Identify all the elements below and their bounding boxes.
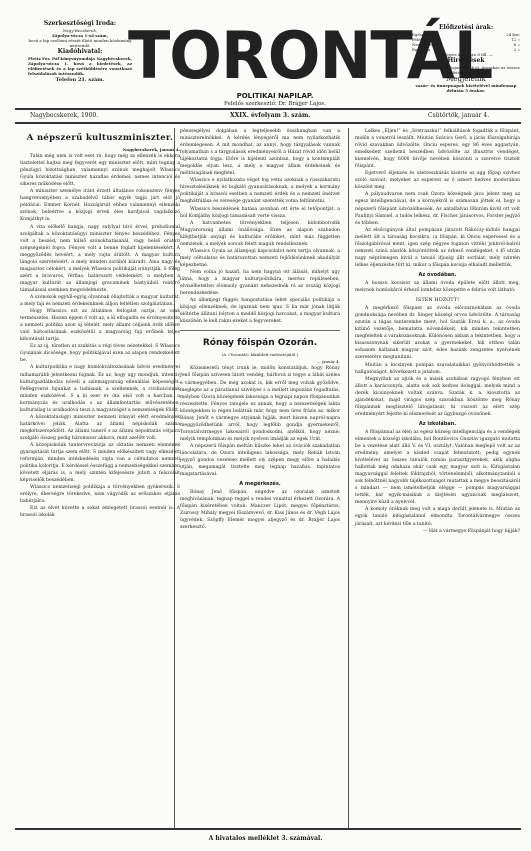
- section-subheading: A megérkezés.: [180, 481, 340, 488]
- article-paragraph: Lelkes „Éljen!“ és „Sretraszku!“ felkiál…: [355, 128, 520, 170]
- article-paragraph: Megnyiltak az ajtók és a másik szobában …: [355, 376, 520, 418]
- article-dateline: — január 4.: [180, 358, 340, 365]
- masthead-rule-bottom: [15, 122, 521, 124]
- footer-rule: [15, 828, 521, 830]
- article-paragraph: Nem volna jó hazafi, ha nem hagyná ott á…: [180, 269, 340, 297]
- newspaper-title: TORONTÁL: [128, 23, 418, 88]
- article-paragraph: Ezt az elvet követte a sokat emlegetett …: [20, 505, 180, 519]
- phone-number: Telefon 21. szám.: [28, 78, 132, 83]
- newspaper-page: Szerkesztőségi Iroda: Nagy-Becskerek, Zá…: [0, 0, 531, 851]
- masthead: Szerkesztőségi Iroda: Nagy-Becskerek, Zá…: [0, 0, 531, 120]
- article-column-2: pénzsegélyei dolgában a legteljesebb öss…: [180, 128, 340, 531]
- editorial-office-box: Szerkesztőségi Iroda: Nagy-Becskerek, Zá…: [28, 20, 132, 83]
- issue-day: Csütörtök, január 4.: [428, 112, 489, 119]
- article-column-1: A népszerű kultuszminiszter. Nagybecsker…: [20, 128, 180, 519]
- price-value: 2 »: [514, 47, 520, 52]
- article-paragraph: Közismeretü tényt irunk le, midőn konsta…: [180, 365, 340, 443]
- article-headline: Rónay főispán Ozorán.: [180, 337, 340, 350]
- newspaper-subtitle: POLITIKAI NAPILAP.: [195, 92, 355, 100]
- welcome-banner: ISTEN HOZOTT!: [355, 297, 520, 304]
- article-paragraph: A középiskolák tantervrevíziója az oktat…: [20, 442, 180, 484]
- place-year: Nagybecskerek, 1900.: [30, 112, 98, 119]
- article-paragraph: pénzsegélyei dolgában a legteljesebb öss…: [180, 128, 340, 177]
- article-paragraph: A közoktatásügyi miniszter nemzeti irány…: [20, 414, 180, 442]
- ads-text: a kiadóhivatalban fogadtatnak el. Árszab…: [410, 65, 522, 75]
- article-paragraph: Az elsőcigányok által pompásan játszott …: [355, 227, 520, 269]
- article-paragraph: A pályaudvaron nem csak Ozora községnek …: [355, 191, 520, 226]
- editorial-office-text: hová a lap szellemi részét illető minden…: [28, 38, 132, 48]
- subscription-box: Előfizetési árak: Egész évre24 kor. Félé…: [410, 24, 522, 93]
- subscription-heading: Előfizetési árak:: [410, 24, 522, 32]
- article-paragraph: Az államjogi függés hangoztatása lehet s…: [180, 297, 340, 325]
- article-paragraph: Hogy Wlassics ezt az általános felfogást…: [20, 308, 180, 343]
- article-paragraph: Ez az uj, töretlen ut szakitás a régi té…: [20, 343, 180, 364]
- article-paragraph: Wlassics Gyula az államjogi kapcsolatot …: [180, 248, 340, 269]
- article-paragraph: A miniszter személye iránt érzett általá…: [20, 188, 180, 223]
- volume-number: XXIX. évfolyam 3. szám.: [230, 112, 310, 119]
- article-paragraph: A hatvanhetes törvényekben teljesen kido…: [180, 220, 340, 248]
- article-paragraph: A hosszu kocsisor az állami óvoda épület…: [355, 280, 520, 294]
- correspondent-note: (A »Torontál« kiküldött tudósitójától.): [180, 351, 340, 358]
- article-paragraph: A megérkező főispánt az óvoda előcsarnok…: [355, 305, 520, 361]
- article-headline: A népszerű kultuszminiszter.: [20, 132, 180, 144]
- article-paragraph: Wlassics beszédének hatása azonban ott é…: [180, 206, 340, 220]
- article-paragraph: A kulturpolitika e nagy homlokváltozásán…: [20, 364, 180, 413]
- appears-heading: Megjelenik: [410, 75, 522, 83]
- article-paragraph: Wlassics nemzetiségi politikája a törvén…: [20, 484, 180, 505]
- article-column-3: Lelkes „Éljen!“ és „Sretraszku!“ felkiál…: [355, 128, 520, 535]
- article-paragraph: Miután a kicsinyek pompás szavalataikkal…: [355, 362, 520, 376]
- ads-heading: Hirdetések: [410, 57, 522, 65]
- editor-line: Felelős szerkesztő: Dr. Brájjer Lajos.: [195, 101, 355, 107]
- publisher-office-text: Pleitz Fer. Pál könyvnyomdája Nagybecske…: [28, 56, 132, 76]
- article-paragraph: Rónay Jenő főispán, engedve az ozoraiak …: [180, 489, 340, 531]
- masthead-rule-top: [15, 108, 521, 110]
- article-paragraph: A komoly óráknak meg volt a maga derült …: [355, 506, 520, 527]
- appears-text: vasár- és ünnepnapok kivételével mindenn…: [410, 83, 522, 93]
- article-paragraph: Talán még nem is volt eset rá, hogy még …: [20, 153, 180, 188]
- article-paragraph: Egetverő éljenzés és szetreszkázás kisér…: [355, 170, 520, 191]
- article-paragraph: A főispánnal az élén az egész község int…: [355, 429, 520, 507]
- article-paragraph: A népszerü főispán méltán büszke lehet a…: [180, 443, 340, 478]
- article-dateline: Nagybecskerek, január 4.: [20, 146, 180, 153]
- section-subheading: Az iskolában.: [355, 421, 520, 428]
- article-paragraph: A vita előkelő hangja, nagy sulylyal bir…: [20, 224, 180, 294]
- column-divider: [348, 128, 349, 828]
- article-separator: [180, 330, 340, 331]
- article-paragraph: A szónokok egytől-egyig olyannak óhajtot…: [20, 294, 180, 308]
- section-subheading: Az óvodában.: [355, 272, 520, 279]
- publisher-office-heading: Kiadóhivatal:: [28, 48, 132, 56]
- footer-note: A hivatalos melléklet 3. számával.: [0, 835, 531, 842]
- article-paragraph: — Hát a vármegye főispánját hogy hijják?: [355, 528, 520, 535]
- price-label: Egy hóra: [412, 47, 430, 52]
- article-paragraph: Wlassics e nyilatkozata véget fog vetni …: [180, 177, 340, 205]
- editorial-office-heading: Szerkesztőségi Iroda:: [28, 20, 132, 28]
